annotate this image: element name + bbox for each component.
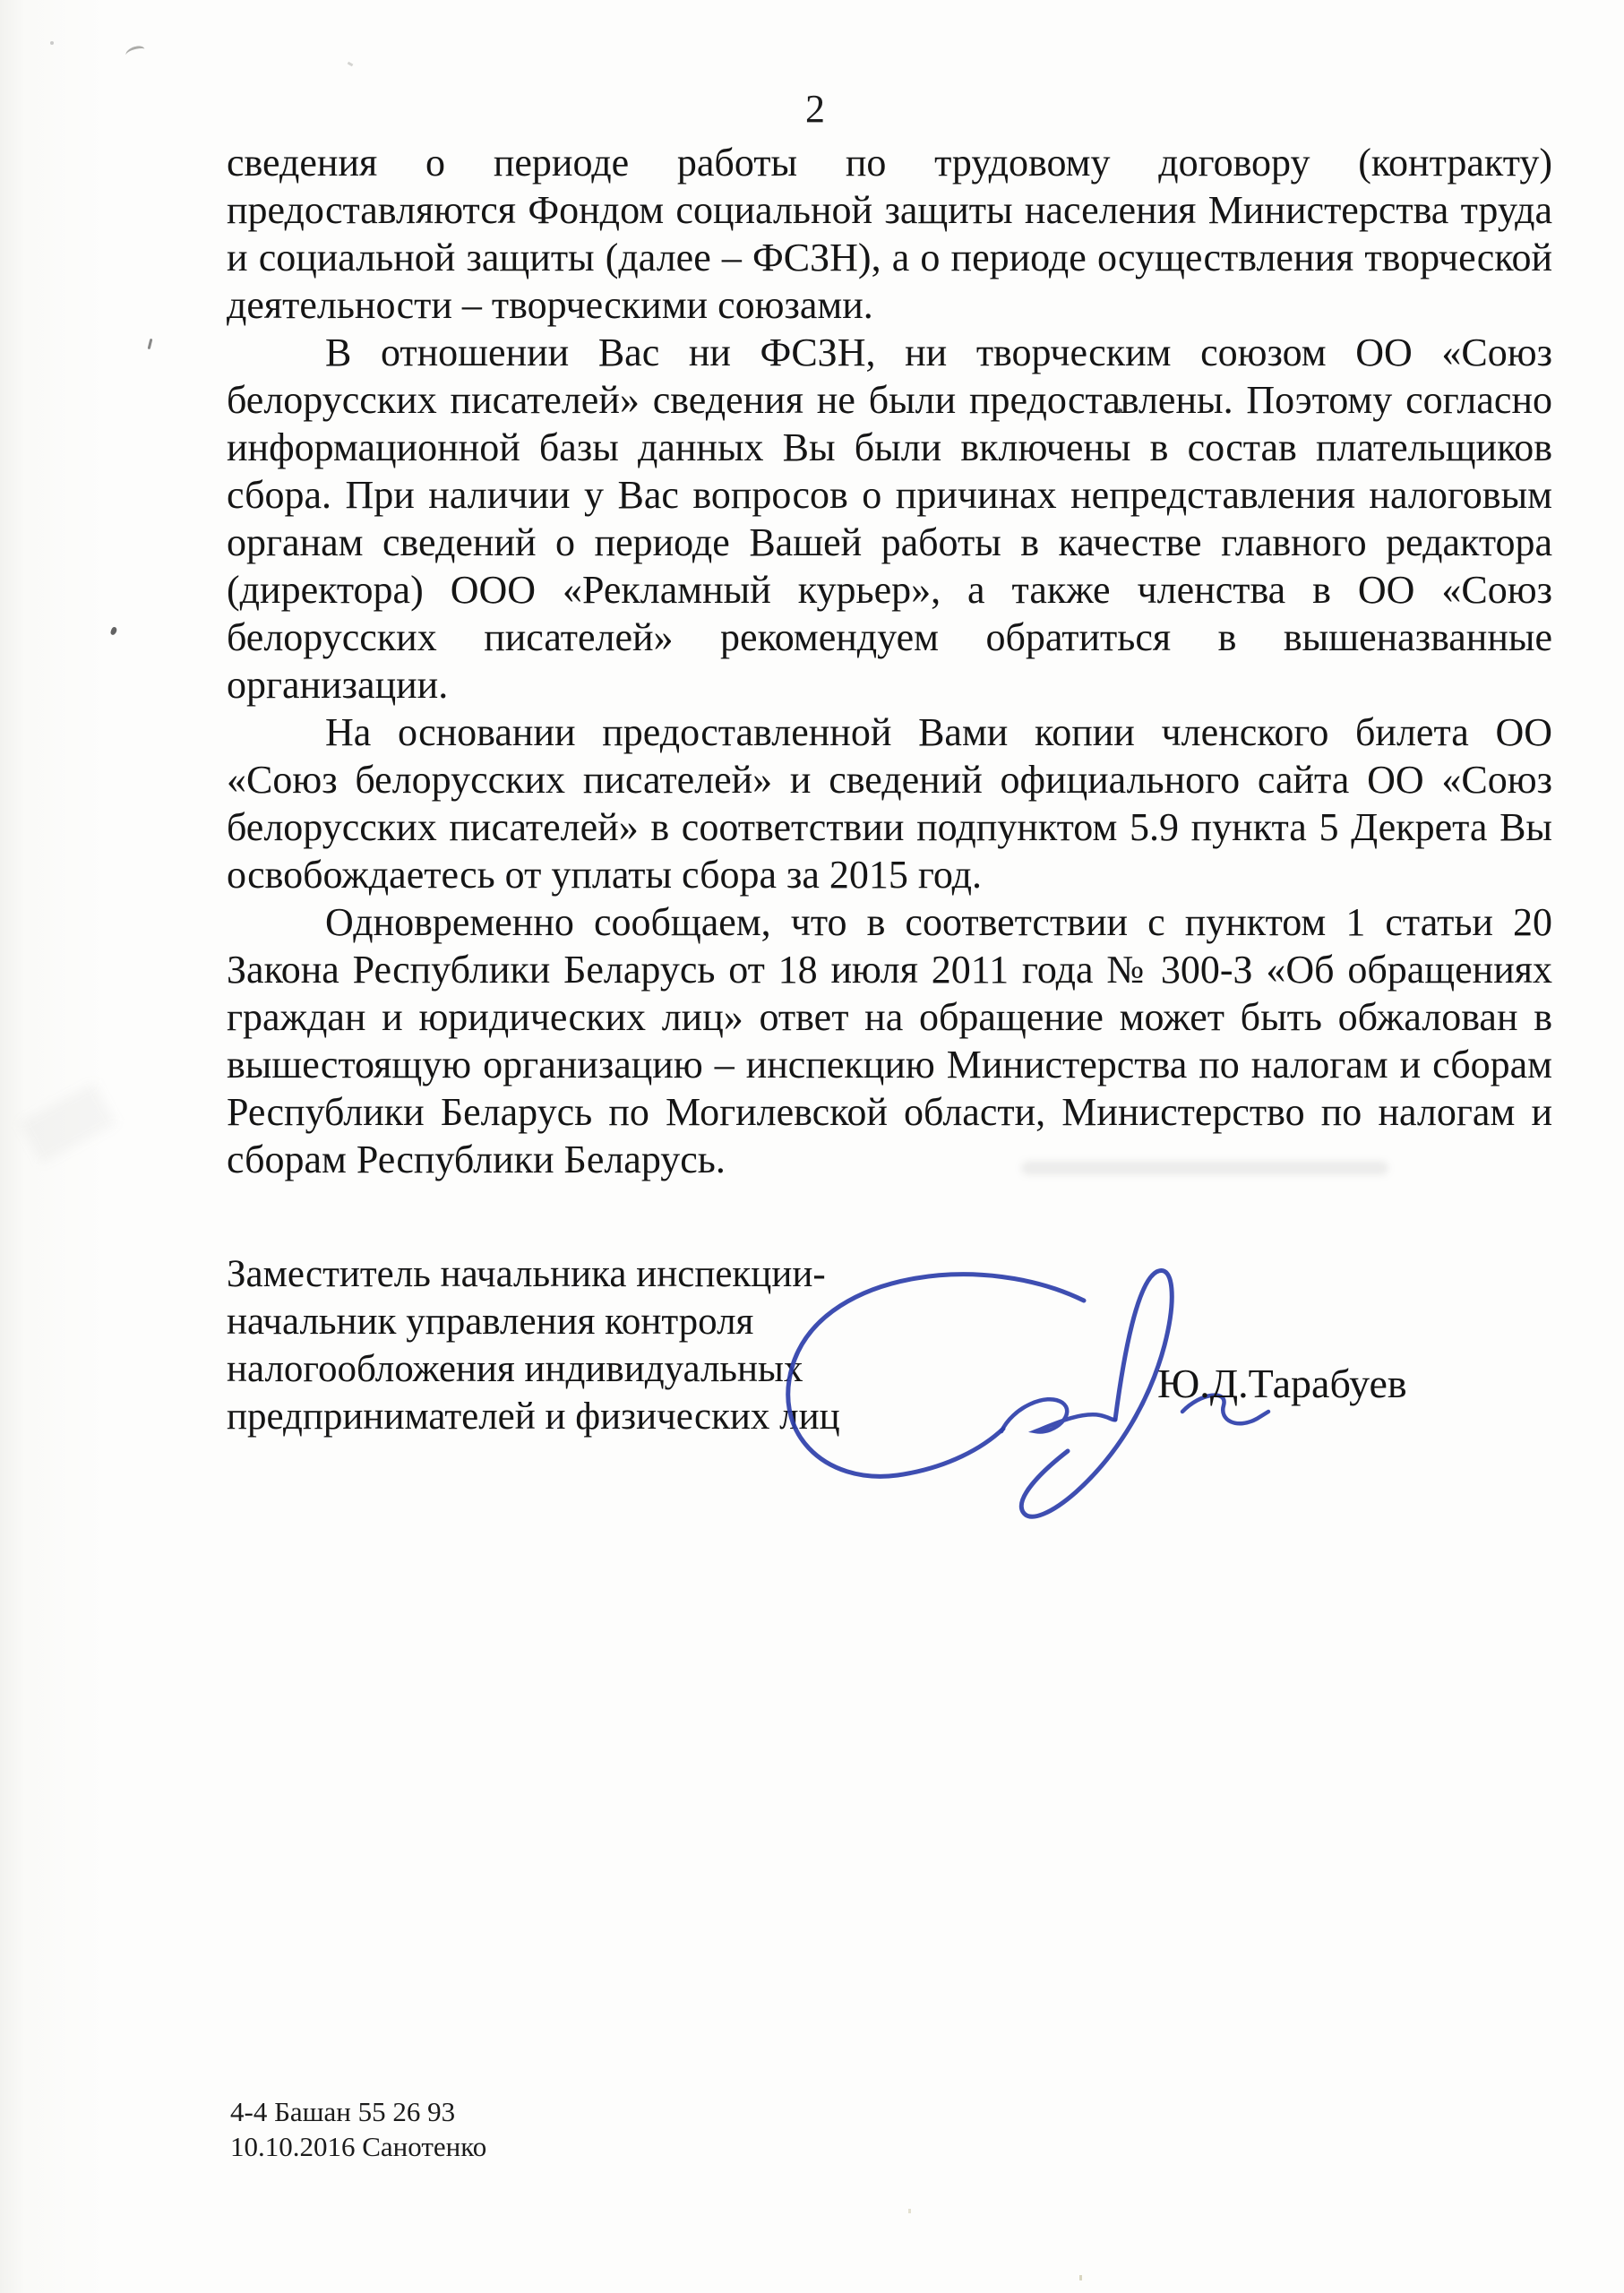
footer-line-2: 10.10.2016 Санотенко: [230, 2129, 486, 2164]
scan-artifact-speck: [348, 62, 354, 67]
scan-artifact-dot: [50, 41, 54, 45]
signature-title-line-4: предпринимателей и физических лиц: [227, 1393, 1104, 1440]
scan-artifact-pen-curve: [125, 45, 146, 60]
paragraph-3: На основании предоставленной Вами копии …: [227, 709, 1552, 898]
footer-line-1: 4-4 Башан 55 26 93: [230, 2094, 486, 2129]
scan-artifact-speck: [1079, 2275, 1082, 2280]
signature-title-line-1: Заместитель начальника инспекции-: [227, 1250, 1104, 1298]
scanned-letter-page: 2 сведения о периоде работы по трудовому…: [0, 0, 1624, 2293]
paragraph-2: В отношении Вас ни ФСЗН, ни творческим с…: [227, 329, 1552, 709]
paragraph-4: Одновременно сообщаем, что в соответстви…: [227, 898, 1552, 1183]
scan-artifact-tick: [148, 339, 153, 349]
paragraph-1: сведения о периоде работы по трудовому д…: [227, 139, 1552, 329]
signature-title-line-2: начальник управления контроля: [227, 1298, 1104, 1345]
body-text: сведения о периоде работы по трудовому д…: [227, 139, 1552, 1183]
page-number: 2: [788, 86, 842, 132]
scan-artifact-mark: [110, 626, 117, 635]
footer-reference: 4-4 Башан 55 26 93 10.10.2016 Санотенко: [230, 2094, 486, 2164]
scan-artifact-speck: [908, 2209, 911, 2213]
signature-title-block: Заместитель начальника инспекции- началь…: [227, 1250, 1104, 1440]
signature-title-line-3: налогообложения индивидуальных: [227, 1345, 1104, 1393]
scan-artifact-streak: [19, 1083, 116, 1164]
signer-name: Ю.Д.Тарабуев: [1157, 1360, 1407, 1407]
